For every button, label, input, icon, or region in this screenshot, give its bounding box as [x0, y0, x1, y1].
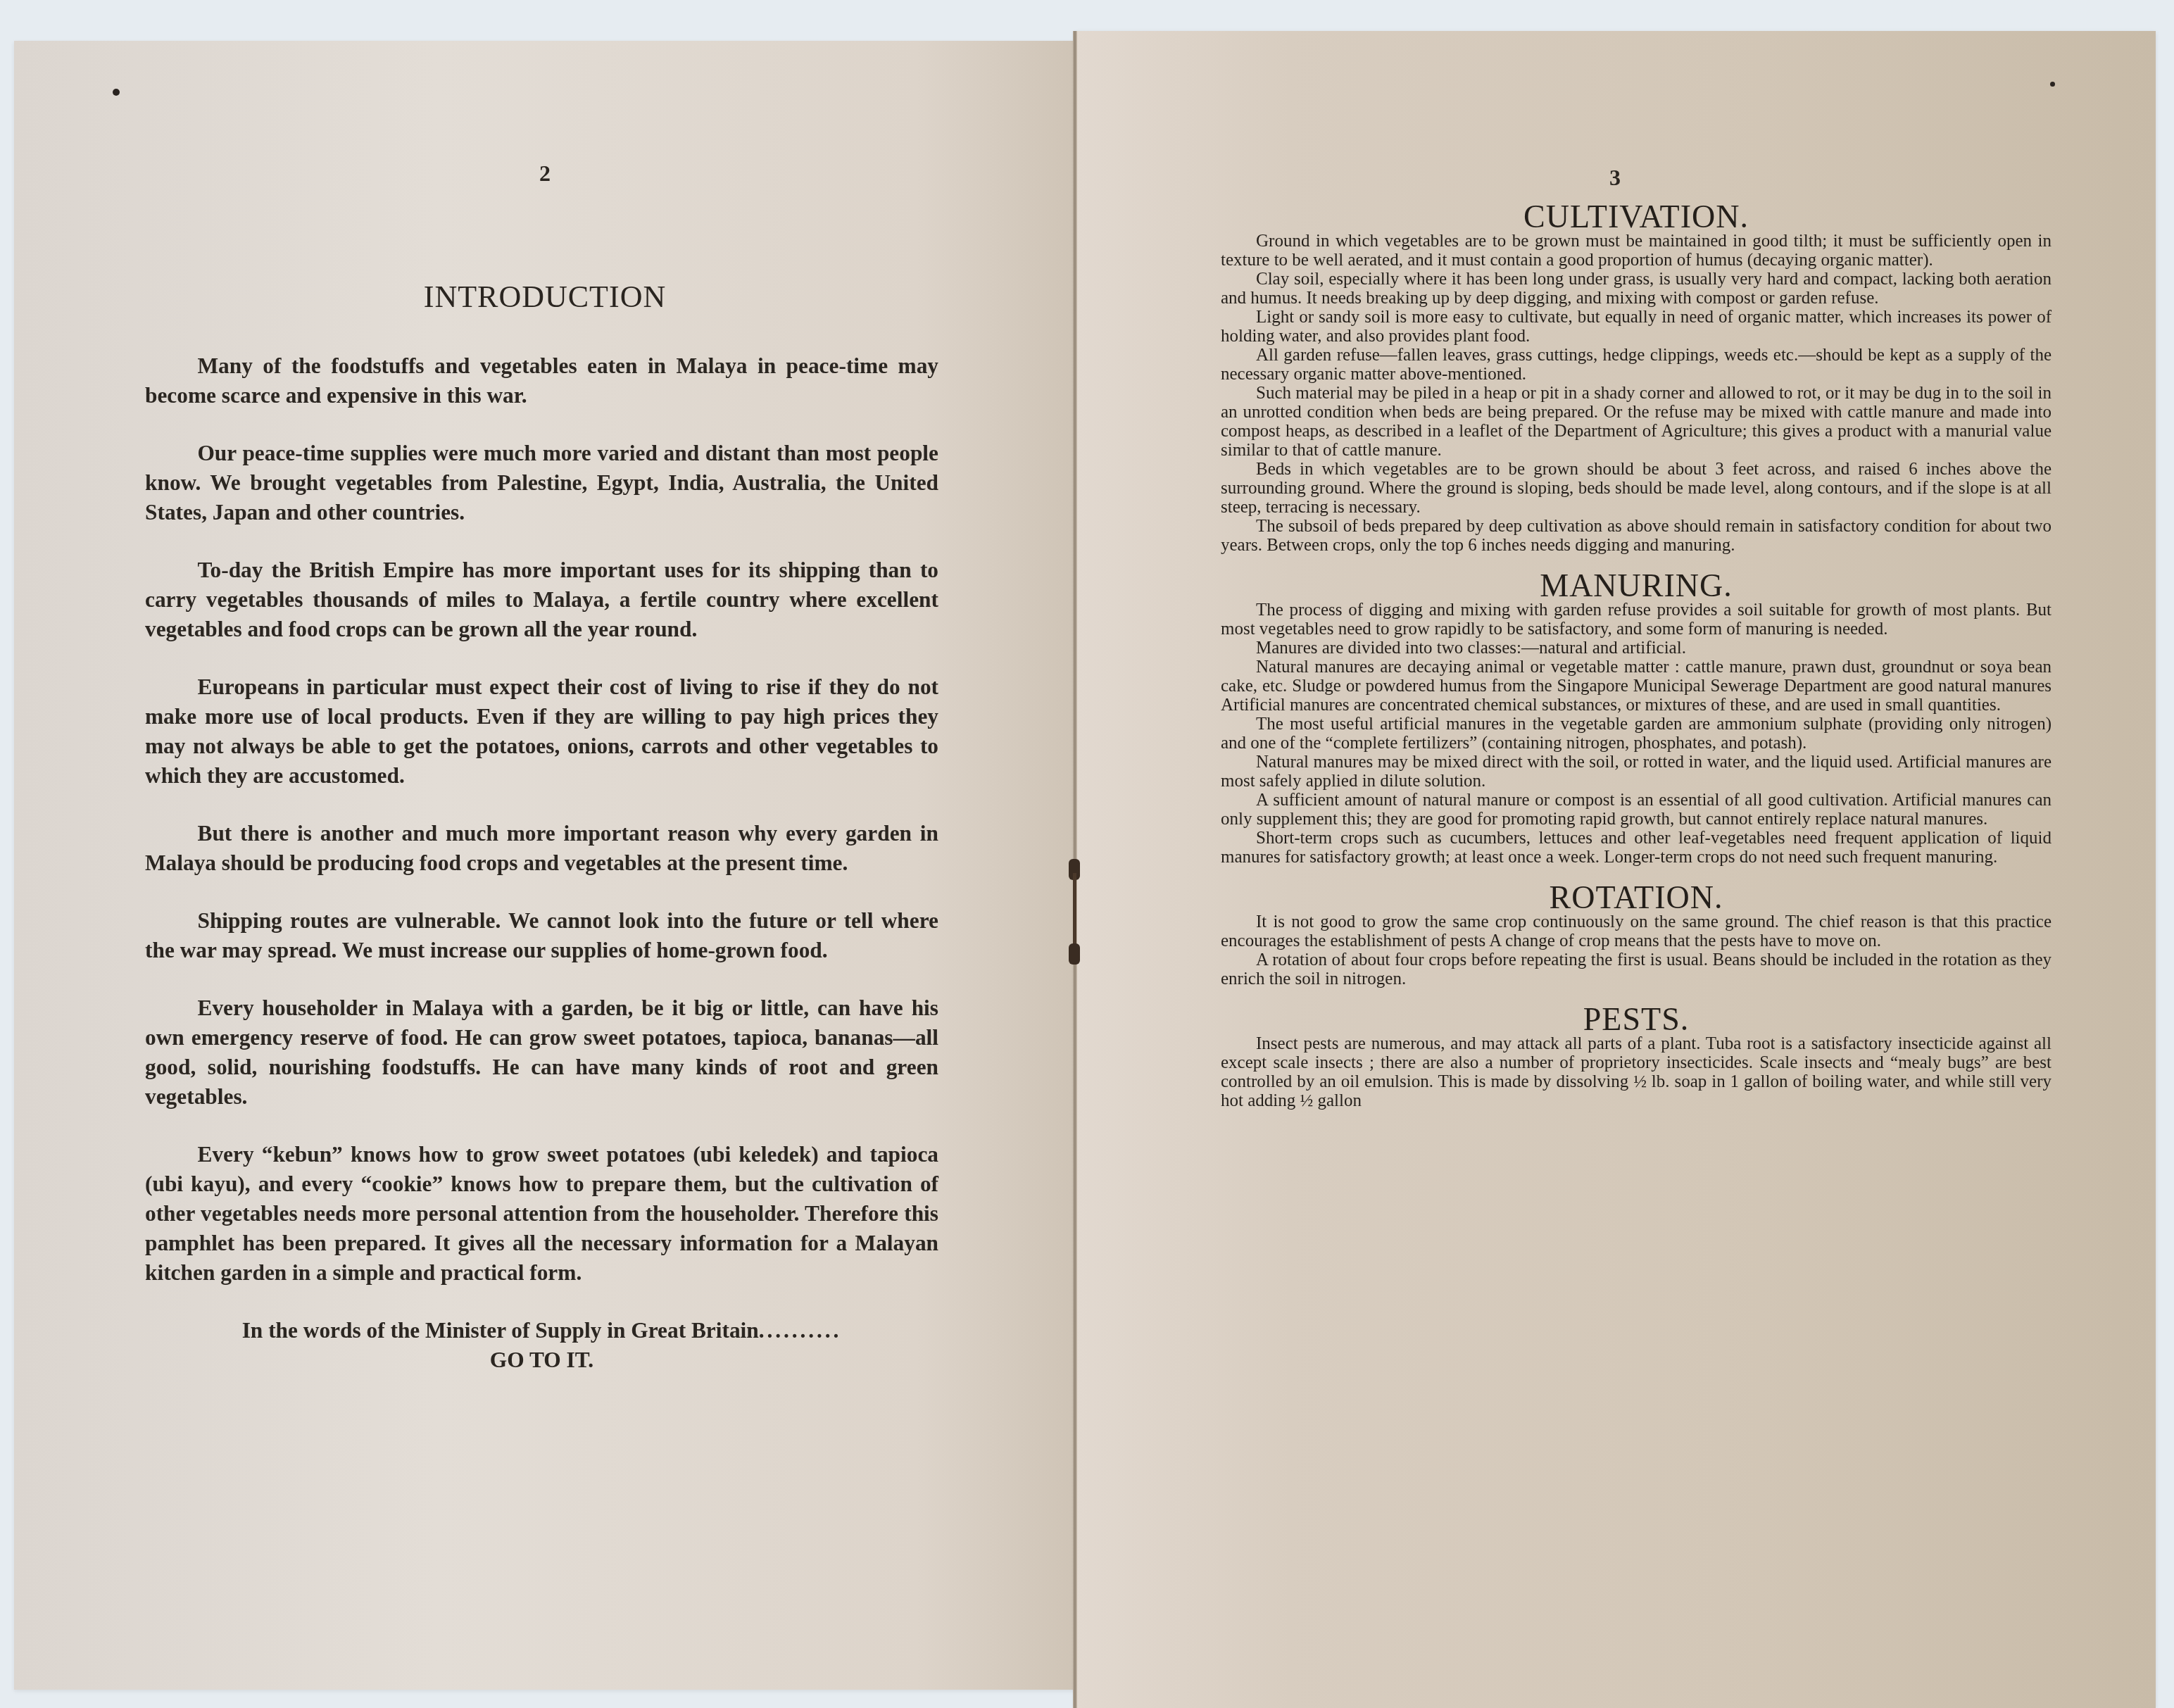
paragraph: Shipping routes are vulnerable. We canno… [145, 905, 938, 965]
paragraph: Short-term crops such as cucumbers, lett… [1221, 829, 2052, 867]
paragraph: The process of digging and mixing with g… [1221, 601, 2052, 639]
section-cultivation: CULTIVATION. Ground in which vegetables … [1221, 207, 2052, 555]
paragraph: To-day the British Empire has more impor… [145, 555, 938, 643]
paragraph: All garden refuse—fallen leaves, grass c… [1221, 346, 2052, 384]
section-manuring: MANURING. The process of digging and mix… [1221, 576, 2052, 867]
staple-icon [1069, 859, 1080, 975]
paragraph: Natural manures are decaying animal or v… [1221, 658, 2052, 715]
paragraph: It is not good to grow the same crop con… [1221, 912, 2052, 950]
paragraph: Every householder in Malaya with a garde… [145, 993, 938, 1111]
paragraph: Clay soil, especially where it has been … [1221, 270, 2052, 308]
paragraph: Ground in which vegetables are to be gro… [1221, 232, 2052, 270]
paragraph: Natural manures may be mixed direct with… [1221, 753, 2052, 791]
right-page: 3 CULTIVATION. Ground in which vegetable… [1074, 31, 2156, 1708]
paragraph: But there is another and much more impor… [145, 818, 938, 877]
closing-motto: GO TO IT. [145, 1345, 938, 1374]
section-title: ROTATION. [1221, 888, 2052, 907]
closing-line: In the words of the Minister of Supply i… [242, 1317, 759, 1343]
section-title: MANURING. [1221, 576, 2052, 595]
page-number: 2 [14, 161, 1076, 187]
paragraph: Our peace-time supplies were much more v… [145, 438, 938, 527]
introduction-body: Many of the foodstuffs and vegetables ea… [145, 351, 938, 1374]
closing-dots: .......... [759, 1317, 842, 1343]
left-page: 2 INTRODUCTION Many of the foodstuffs an… [14, 41, 1076, 1690]
paragraph: Insect pests are numerous, and may attac… [1221, 1034, 2052, 1110]
section-rotation: ROTATION. It is not good to grow the sam… [1221, 888, 2052, 988]
paragraph: The subsoil of beds prepared by deep cul… [1221, 517, 2052, 555]
paragraph: Every “kebun” knows how to grow sweet po… [145, 1139, 938, 1287]
paragraph: Beds in which vegetables are to be grown… [1221, 460, 2052, 517]
paragraph: Such material may be piled in a heap or … [1221, 384, 2052, 460]
section-title: CULTIVATION. [1221, 207, 2052, 226]
paper-speck [113, 89, 120, 96]
paragraph: A sufficient amount of natural manure or… [1221, 791, 2052, 829]
paragraph: Manures are divided into two classes:—na… [1221, 639, 2052, 658]
paragraph: The most useful artificial manures in th… [1221, 715, 2052, 753]
paragraph: Many of the foodstuffs and vegetables ea… [145, 351, 938, 410]
section-pests: PESTS. Insect pests are numerous, and ma… [1221, 1010, 2052, 1110]
right-page-body: CULTIVATION. Ground in which vegetables … [1221, 207, 2052, 1131]
paragraph: Light or sandy soil is more easy to cult… [1221, 308, 2052, 346]
closing-quote: In the words of the Minister of Supply i… [145, 1315, 938, 1374]
page-title: INTRODUCTION [14, 279, 1076, 315]
section-title: PESTS. [1221, 1010, 2052, 1029]
page-number: 3 [1074, 165, 2156, 191]
paragraph: A rotation of about four crops before re… [1221, 950, 2052, 988]
paragraph: Europeans in particular must expect thei… [145, 672, 938, 790]
paper-speck [2050, 82, 2055, 87]
